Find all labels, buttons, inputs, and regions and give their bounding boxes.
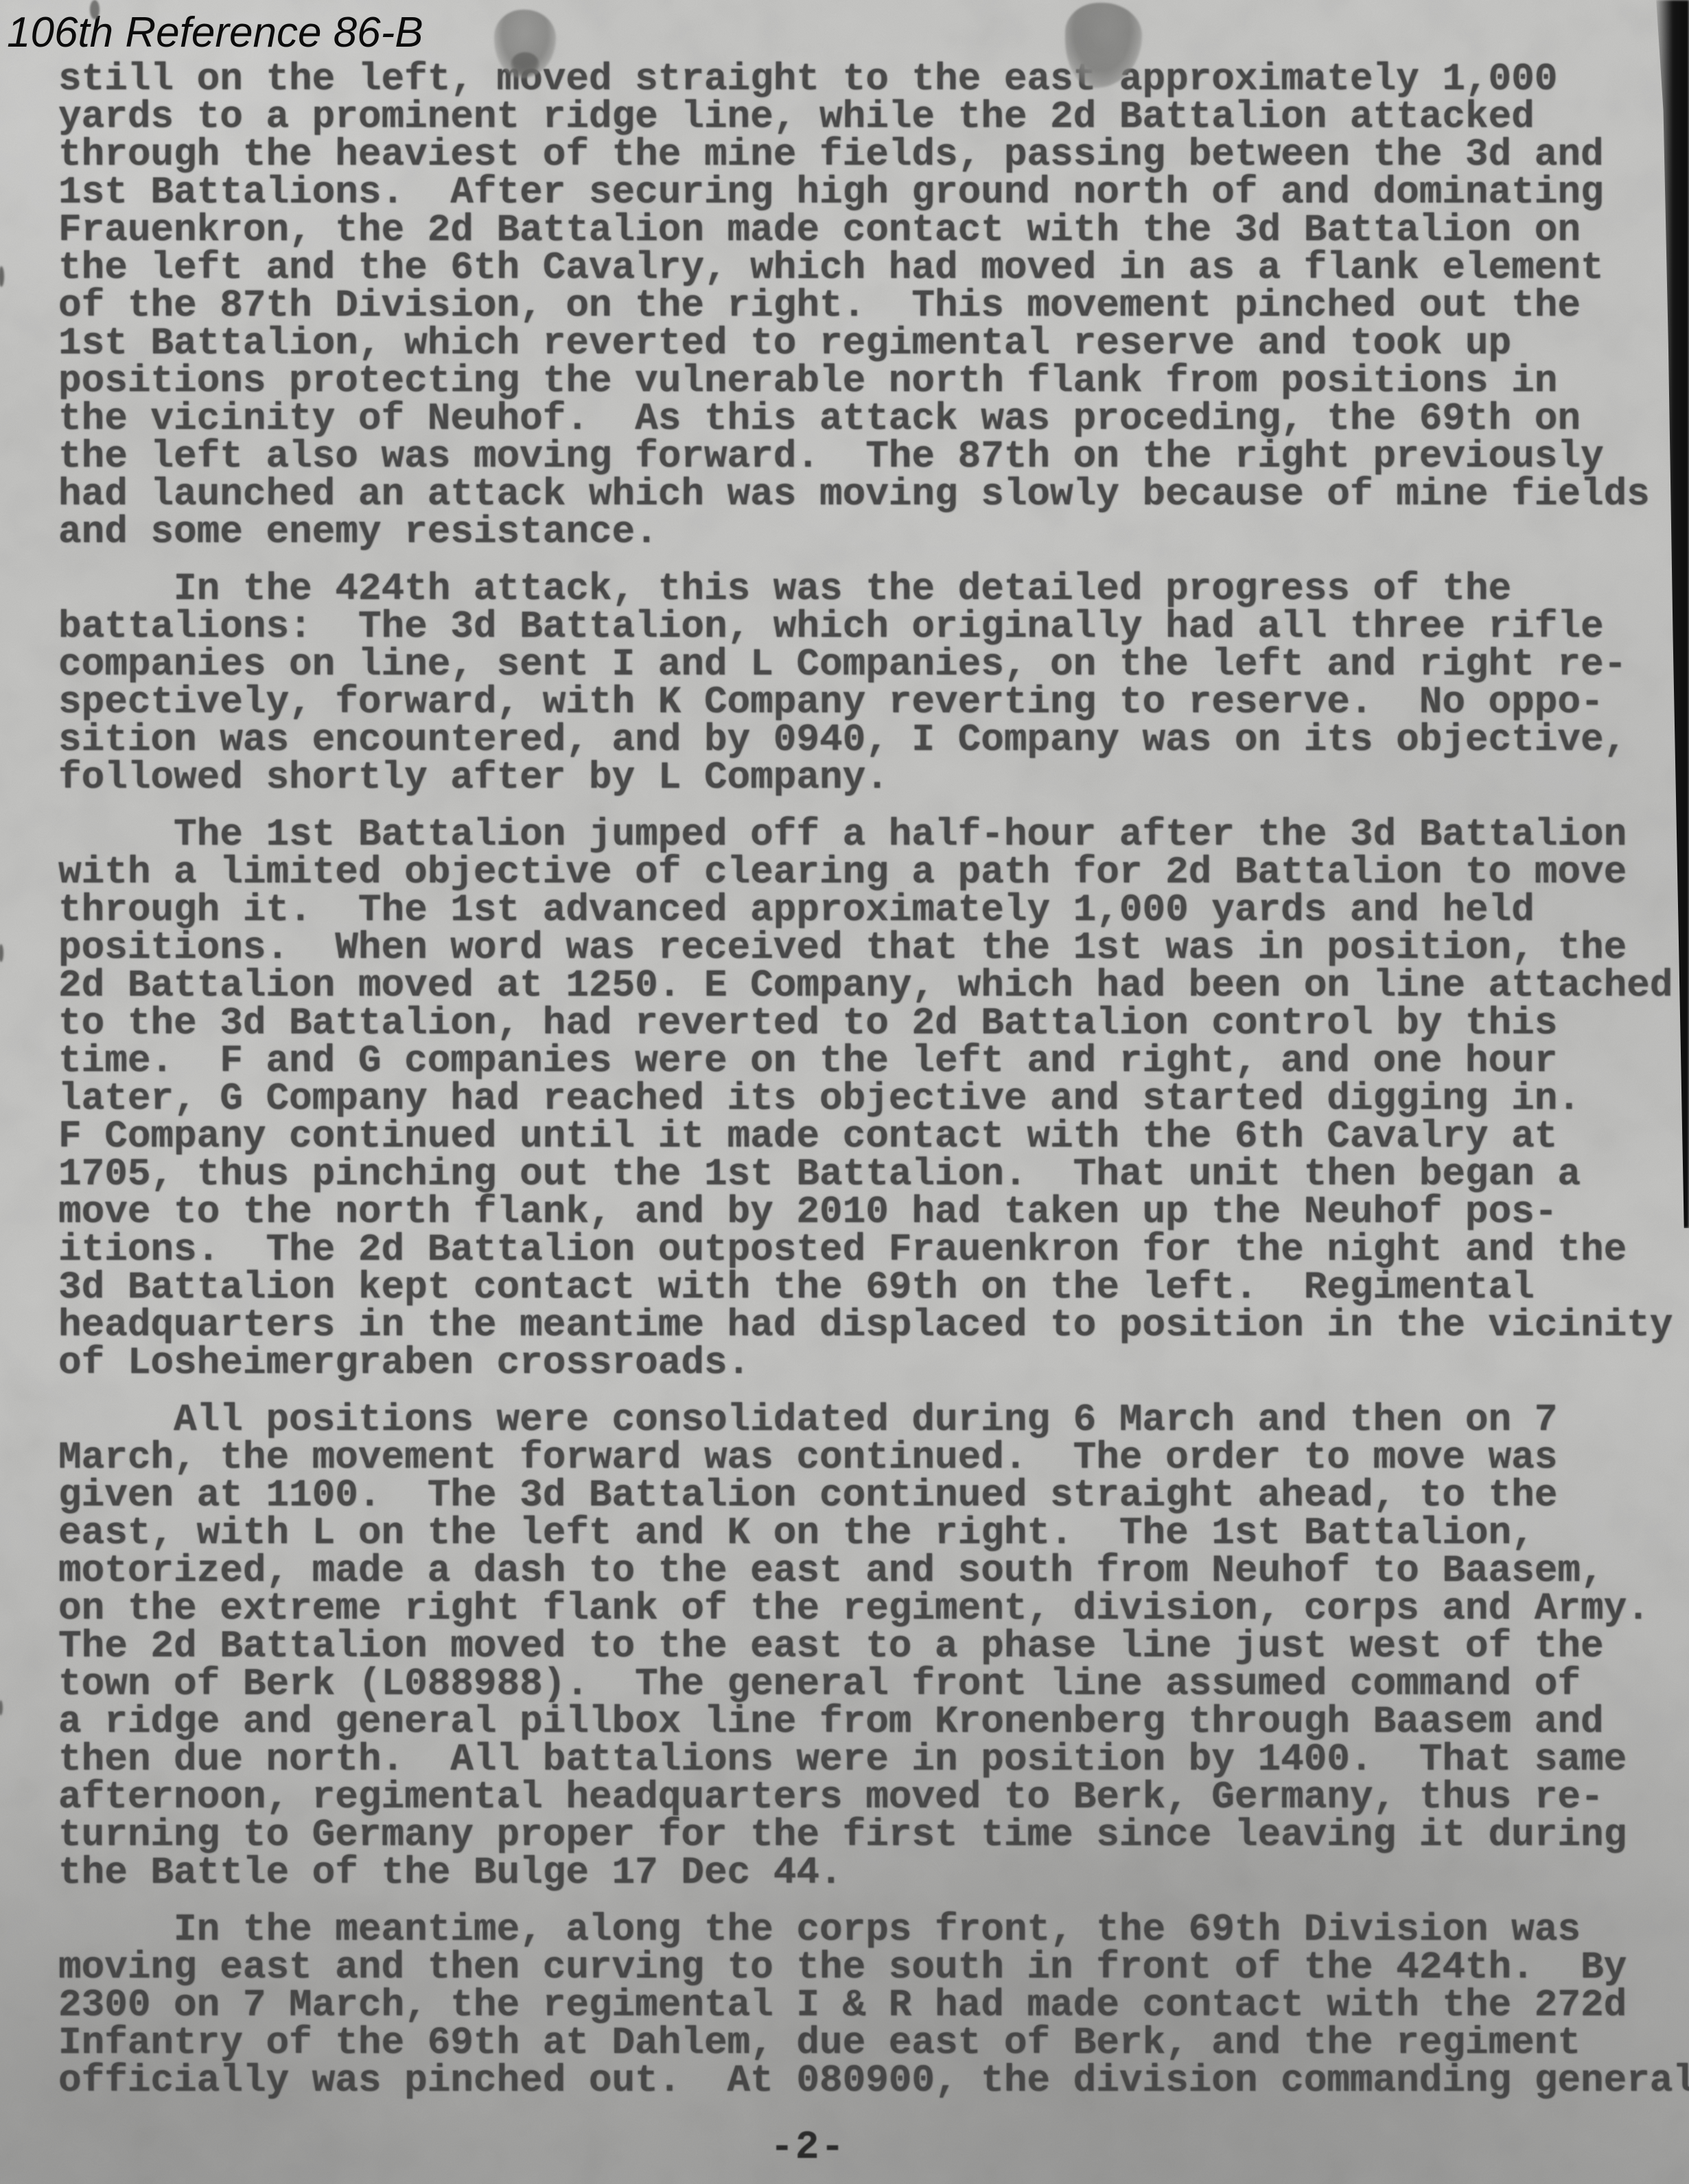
text-line: with a limited objective of clearing a p…: [58, 854, 1677, 891]
text-line: the Battle of the Bulge 17 Dec 44.: [58, 1854, 1677, 1892]
text-line: officially was pinched out. At 080900, t…: [58, 2062, 1677, 2100]
text-line: town of Berk (L088988). The general fron…: [58, 1665, 1677, 1703]
text-line: Infantry of the 69th at Dahlem, due east…: [58, 2024, 1677, 2062]
text-line: companies on line, sent I and L Companie…: [58, 646, 1677, 683]
paragraph: In the meantime, along the corps front, …: [58, 1911, 1677, 2100]
text-line: All positions were consolidated during 6…: [58, 1401, 1677, 1439]
paragraph: still on the left, moved straight to the…: [58, 60, 1677, 551]
text-line: headquarters in the meantime had displac…: [58, 1306, 1677, 1344]
text-line: through the heaviest of the mine fields,…: [58, 136, 1677, 174]
paragraph: In the 424th attack, this was the detail…: [58, 570, 1677, 797]
text-line: battalions: The 3d Battalion, which orig…: [58, 608, 1677, 646]
scan-speck: [90, 0, 100, 19]
text-line: the vicinity of Neuhof. As this attack w…: [58, 400, 1677, 438]
text-line: 1st Battalion, which reverted to regimen…: [58, 325, 1677, 362]
text-line: The 2d Battalion moved to the east to a …: [58, 1628, 1677, 1665]
text-line: positions. When word was received that t…: [58, 929, 1677, 967]
scan-speck: [0, 944, 3, 962]
text-line: of Losheimergraben crossroads.: [58, 1344, 1677, 1382]
document-body: still on the left, moved straight to the…: [58, 60, 1677, 2119]
text-line: followed shortly after by L Company.: [58, 759, 1677, 797]
text-line: spectively, forward, with K Company reve…: [58, 683, 1677, 721]
text-line: given at 1100. The 3d Battalion continue…: [58, 1477, 1677, 1514]
text-line: had launched an attack which was moving …: [58, 475, 1677, 513]
text-line: of the 87th Division, on the right. This…: [58, 287, 1677, 325]
text-line: sition was encountered, and by 0940, I C…: [58, 721, 1677, 759]
text-line: positions protecting the vulnerable nort…: [58, 362, 1677, 400]
paragraph: The 1st Battalion jumped off a half-hour…: [58, 816, 1677, 1382]
text-line: yards to a prominent ridge line, while t…: [58, 98, 1677, 136]
text-line: In the 424th attack, this was the detail…: [58, 570, 1677, 608]
text-line: The 1st Battalion jumped off a half-hour…: [58, 816, 1677, 854]
text-line: later, G Company had reached its objecti…: [58, 1080, 1677, 1118]
text-line: afternoon, regimental headquarters moved…: [58, 1778, 1677, 1816]
text-line: a ridge and general pillbox line from Kr…: [58, 1703, 1677, 1741]
text-line: through it. The 1st advanced approximate…: [58, 891, 1677, 929]
reference-annotation: 106th Reference 86-B: [7, 8, 423, 57]
text-line: 1705, thus pinching out the 1st Battalio…: [58, 1155, 1677, 1193]
text-line: 2300 on 7 March, the regimental I & R ha…: [58, 1986, 1677, 2024]
text-line: moving east and then curving to the sout…: [58, 1949, 1677, 1986]
paragraph: All positions were consolidated during 6…: [58, 1401, 1677, 1892]
text-line: on the extreme right flank of the regime…: [58, 1590, 1677, 1628]
text-line: 3d Battalion kept contact with the 69th …: [58, 1269, 1677, 1306]
text-line: move to the north flank, and by 2010 had…: [58, 1193, 1677, 1231]
text-line: In the meantime, along the corps front, …: [58, 1911, 1677, 1949]
text-line: motorized, made a dash to the east and s…: [58, 1552, 1677, 1590]
text-line: the left also was moving forward. The 87…: [58, 438, 1677, 475]
text-line: the left and the 6th Cavalry, which had …: [58, 249, 1677, 287]
scan-speck: [0, 266, 4, 287]
text-line: east, with L on the left and K on the ri…: [58, 1514, 1677, 1552]
text-line: then due north. All battalions were in p…: [58, 1741, 1677, 1778]
scan-speck: [0, 1700, 3, 1715]
text-line: turning to Germany proper for the first …: [58, 1816, 1677, 1854]
text-line: to the 3d Battalion, had reverted to 2d …: [58, 1005, 1677, 1042]
text-line: 1st Battalions. After securing high grou…: [58, 174, 1677, 211]
text-line: itions. The 2d Battalion outposted Fraue…: [58, 1231, 1677, 1269]
text-line: 2d Battalion moved at 1250. E Company, w…: [58, 967, 1677, 1005]
text-line: and some enemy resistance.: [58, 513, 1677, 551]
text-line: March, the movement forward was continue…: [58, 1439, 1677, 1477]
text-line: time. F and G companies were on the left…: [58, 1042, 1677, 1080]
text-line: Frauenkron, the 2d Battalion made contac…: [58, 211, 1677, 249]
text-line: F Company continued until it made contac…: [58, 1118, 1677, 1155]
page-number: -2-: [770, 2126, 846, 2170]
scanned-page: still on the left, moved straight to the…: [0, 0, 1689, 2184]
text-line: still on the left, moved straight to the…: [58, 60, 1677, 98]
